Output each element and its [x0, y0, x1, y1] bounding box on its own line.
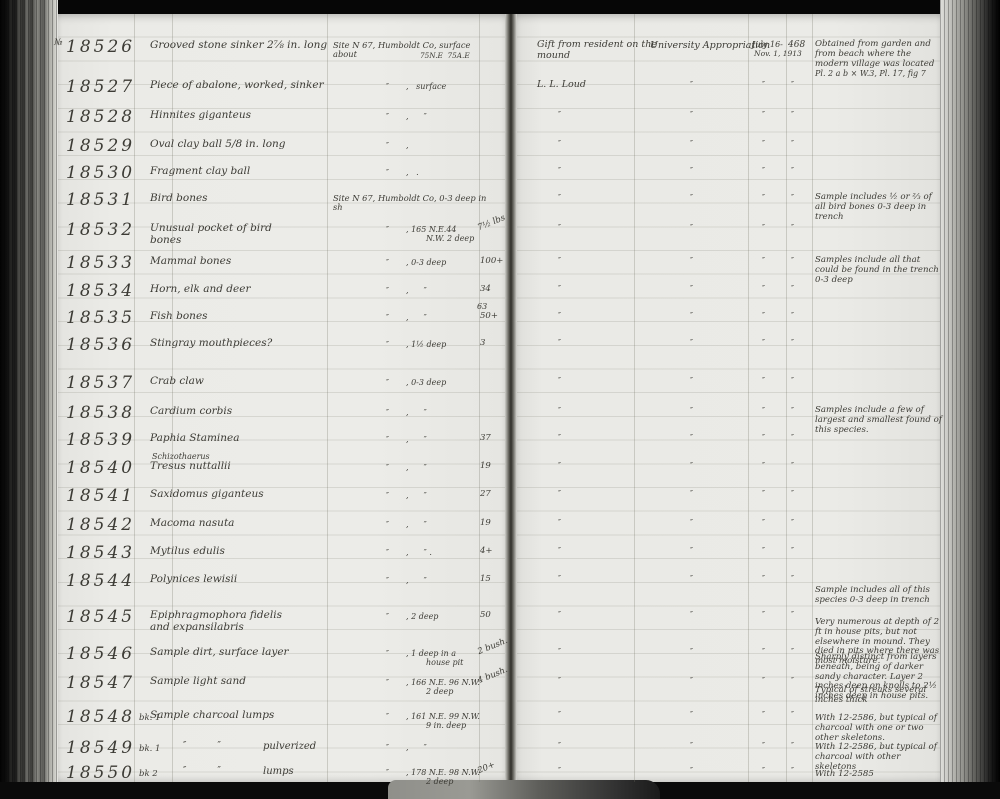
book-prefix: bk 2 [139, 769, 158, 779]
date-cell: ″ [762, 676, 766, 685]
obtained-cell: ″ [558, 610, 562, 621]
site-detail: , [406, 141, 482, 150]
ditto-mark: ″ [386, 576, 390, 585]
obtained-cell: ″ [558, 338, 562, 349]
obtained-cell: ″ [558, 311, 562, 322]
ditto-mark: ″ [386, 463, 390, 472]
catalog-number: 18546 [66, 644, 135, 664]
date-cell: ″ [762, 574, 766, 583]
accession-number-cell: ″ [791, 518, 795, 527]
quantity: 27 [480, 489, 491, 499]
fund-cell: ″ [690, 223, 694, 232]
obtained-cell: Gift from resident on the mound [537, 40, 657, 61]
remark: Samples include a few of largest and sma… [815, 406, 942, 435]
date-cell: ″ [762, 406, 766, 415]
date-cell: ″ [762, 489, 766, 498]
site-detail-line2: 9 in. deep [426, 721, 466, 730]
fund-cell: ″ [690, 284, 694, 293]
binding-page-edges-left [0, 0, 58, 782]
description: Mammal bones [150, 256, 330, 267]
ditto-mark: ″ [386, 743, 390, 752]
description: Fragment clay ball [150, 166, 330, 177]
site-detail: , 1 deep in a [406, 649, 482, 658]
site-detail: , 178 N.E. 98 N.W. [406, 768, 482, 777]
accession-number-cell: ″ [791, 574, 795, 583]
site-detail: , ″ [406, 520, 482, 529]
fund-cell: ″ [690, 676, 694, 685]
site-detail: , ″ [406, 576, 482, 585]
column-rule [748, 14, 749, 782]
site-detail: , ″ [406, 112, 482, 121]
catalog-number: 18535 [66, 308, 135, 328]
accession-number-cell: ″ [791, 433, 795, 442]
catalog-number: 18526 [66, 37, 135, 57]
site-detail: , ″ [406, 286, 482, 295]
obtained-cell: ″ [558, 574, 562, 585]
catalog-number: 18530 [66, 163, 135, 183]
catalog-number: 18548 [66, 707, 135, 727]
obtained-cell: ″ [558, 406, 562, 417]
obtained-cell: ″ [558, 376, 562, 387]
ditto-mark: ″ [386, 768, 390, 777]
number-sign: № [54, 38, 63, 48]
description: Sample light sand [150, 676, 330, 687]
catalog-number: 18549 [66, 738, 135, 758]
catalog-number: 18528 [66, 107, 135, 127]
obtained-cell: ″ [558, 676, 562, 687]
column-rule [786, 14, 787, 782]
accession-number-cell: ″ [791, 223, 795, 232]
fund-cell: ″ [690, 433, 694, 442]
quantity: 37 [480, 433, 491, 443]
description: Macoma nasuta [150, 518, 330, 529]
fund-cell: ″ [690, 518, 694, 527]
site-detail: , 0-3 deep [406, 258, 482, 267]
site-detail: , . [406, 168, 482, 177]
ditto-mark: ″ [386, 520, 390, 529]
fund-cell: ″ [690, 546, 694, 555]
fund-cell: ″ [690, 741, 694, 750]
catalog-number: 18527 [66, 77, 135, 97]
site-detail: , ″ [406, 743, 482, 752]
site-detail-line2: 2 deep [426, 777, 453, 786]
obtained-cell: ″ [558, 766, 562, 777]
site-detail: , 2 deep [406, 612, 482, 621]
description: Stingray mouthpieces? [150, 338, 330, 349]
obtained-cell: ″ [558, 647, 562, 658]
date-cell: ″ [762, 193, 766, 202]
fund-cell: ″ [690, 406, 694, 415]
catalog-number: 18531 [66, 190, 135, 210]
accession-number-cell: ″ [791, 741, 795, 750]
fund-cell: ″ [690, 139, 694, 148]
fund-cell: University Appropriation [650, 40, 762, 51]
site-detail: , 166 N.E. 96 N.W. [406, 678, 482, 687]
ditto-mark: ″ [386, 141, 390, 150]
obtained-cell: ″ [558, 546, 562, 557]
accession-number-cell: ″ [791, 647, 795, 656]
date-cell: ″ [762, 139, 766, 148]
obtained-cell: ″ [558, 284, 562, 295]
catalog-number: 18529 [66, 136, 135, 156]
catalog-number: 18550 [66, 763, 135, 783]
accession-number-cell: ″ [791, 166, 795, 175]
quantity: 19 [480, 518, 491, 528]
site-detail-line2: house pit [426, 658, 463, 667]
description-ditto-marks: ″ ″ [183, 766, 223, 776]
date-cell: ″ [762, 80, 766, 89]
site-detail: , 1½ deep [406, 340, 482, 349]
fund-cell: ″ [690, 338, 694, 347]
accession-number-cell: ″ [791, 676, 795, 685]
date-cell: ″ [762, 166, 766, 175]
fund-cell: ″ [690, 710, 694, 719]
column-rule [634, 14, 635, 782]
page-stack-right-edge [940, 0, 1000, 786]
quantity: 50 [480, 610, 491, 620]
obtained-cell: ″ [558, 461, 562, 472]
column-rule [812, 14, 813, 782]
obtained-cell: ″ [558, 193, 562, 204]
ditto-mark: ″ [386, 435, 390, 444]
scan-top-border [0, 0, 1000, 14]
catalog-number: 18544 [66, 571, 135, 591]
description: Fish bones [150, 311, 330, 322]
catalog-number: 18532 [66, 220, 135, 240]
description: Sample dirt, surface layer [150, 647, 330, 658]
date-cell: ″ [762, 546, 766, 555]
remark: With 12-2586, but typical of charcoal wi… [815, 714, 942, 743]
description: Paphia Staminea [150, 433, 330, 444]
remark: With 12-2585 [815, 770, 942, 780]
fund-cell: ″ [690, 166, 694, 175]
ditto-mark: ″ [386, 258, 390, 267]
date-cell: ″ [762, 376, 766, 385]
site-detail: , ″ [406, 491, 482, 500]
date-cell: ″ [762, 610, 766, 619]
site-detail: , 165 N.E.44 [406, 225, 482, 234]
ditto-mark: ″ [386, 548, 390, 557]
fund-cell: ″ [690, 647, 694, 656]
catalog-number: 18534 [66, 281, 135, 301]
quantity: 4+ [480, 546, 493, 556]
ditto-mark: ″ [386, 678, 390, 687]
site-detail: , ″ [406, 408, 482, 417]
column-rule [134, 14, 135, 782]
remark: Sample includes all of this species 0-3 … [815, 586, 942, 606]
accession-number-cell: ″ [791, 284, 795, 293]
ditto-mark: ″ [386, 408, 390, 417]
fund-cell: ″ [690, 80, 694, 89]
quantity: 3 [480, 338, 485, 348]
catalog-number: 18543 [66, 543, 135, 563]
fund-cell: ″ [690, 193, 694, 202]
fund-cell: ″ [690, 256, 694, 265]
ditto-mark: ″ [386, 313, 390, 322]
obtained-cell: ″ [558, 710, 562, 721]
site-detail: , ″ [406, 463, 482, 472]
column-rule [327, 14, 328, 782]
accession-number-cell: ″ [791, 376, 795, 385]
ditto-mark: ″ [386, 82, 390, 91]
date-cell: ″ [762, 311, 766, 320]
quantity: 34 [480, 284, 491, 294]
catalog-number: 18539 [66, 430, 135, 450]
remark: With 12-2586, but typical of charcoal wi… [815, 743, 942, 772]
catalog-number: 18545 [66, 607, 135, 627]
ditto-mark: ″ [386, 378, 390, 387]
site-detail: , ″ [406, 435, 482, 444]
description: Grooved stone sinker 2⅞ in. long [150, 40, 330, 51]
ditto-mark: ″ [386, 612, 390, 621]
pencil-quantity: 63 [477, 302, 487, 311]
date-cell: July 16- [752, 40, 788, 49]
catalog-number: 18541 [66, 486, 135, 506]
column-rule [479, 14, 480, 782]
catalog-number: 18538 [66, 403, 135, 423]
date-cell: ″ [762, 110, 766, 119]
obtained-cell: ″ [558, 139, 562, 150]
site-detail: , surface [406, 82, 482, 91]
fund-cell: ″ [690, 461, 694, 470]
description-line2: and expansilabris [150, 621, 244, 633]
ditto-mark: ″ [386, 286, 390, 295]
accession-number-cell: ″ [791, 80, 795, 89]
description-ditto-marks: ″ ″ [183, 741, 223, 751]
description: Tresus nuttallii [150, 461, 330, 472]
ditto-mark: ″ [386, 112, 390, 121]
ditto-mark: ″ [386, 168, 390, 177]
description: Epiphragmophora fidelis [150, 610, 330, 621]
accession-number-cell: ″ [791, 256, 795, 265]
date-cell: ″ [762, 741, 766, 750]
catalog-number: 18533 [66, 253, 135, 273]
description: Piece of abalone, worked, sinker [150, 80, 330, 91]
description: Sample charcoal lumps [150, 710, 330, 721]
accession-number-cell: ″ [791, 139, 795, 148]
book-prefix: bk. 1 [139, 744, 160, 754]
obtained-cell: ″ [558, 433, 562, 444]
site-detail-line2: N.W. 2 deep [426, 234, 474, 243]
date-cell: ″ [762, 284, 766, 293]
site-detail: , ″ [406, 313, 482, 322]
fund-cell: ″ [690, 376, 694, 385]
accession-number-cell: ″ [791, 461, 795, 470]
date-cell: ″ [762, 338, 766, 347]
description: Cardium corbis [150, 406, 330, 417]
quantity: 19 [480, 461, 491, 471]
accession-number-cell: ″ [791, 766, 795, 775]
description: Horn, elk and deer [150, 284, 330, 295]
obtained-cell: ″ [558, 256, 562, 267]
accession-number-cell: ″ [791, 193, 795, 202]
description: Hinnites giganteus [150, 110, 330, 121]
remark: Samples include all that could be found … [815, 256, 942, 285]
description: Unusual pocket of bird [150, 223, 330, 234]
ditto-mark: ″ [386, 225, 390, 234]
obtained-cell: ″ [558, 223, 562, 234]
quantity: 15 [480, 574, 491, 584]
date-line2: Nov. 1, 1913 [754, 49, 802, 58]
ditto-mark: ″ [386, 649, 390, 658]
catalog-number: 18542 [66, 515, 135, 535]
fund-cell: ″ [690, 610, 694, 619]
accession-number-cell: ″ [791, 311, 795, 320]
quantity: 100+ [480, 256, 503, 266]
accession-number-cell: ″ [791, 610, 795, 619]
date-cell: ″ [762, 647, 766, 656]
obtained-cell: ″ [558, 489, 562, 500]
remark: Sample includes ½ or ⅔ of all bird bones… [815, 193, 942, 222]
date-cell: ″ [762, 223, 766, 232]
ditto-mark: ″ [386, 340, 390, 349]
date-cell: ″ [762, 256, 766, 265]
accession-number-cell: 468 [788, 40, 805, 50]
description: Polynices lewisii [150, 574, 330, 585]
description-line2: bones [150, 234, 181, 246]
date-cell: ″ [762, 433, 766, 442]
obtained-cell: ″ [558, 741, 562, 752]
column-rule [172, 14, 173, 782]
date-cell: ″ [762, 461, 766, 470]
pencil-note: Pl. 2 a b × W.3, Pl. 17, fig 7 [815, 69, 945, 78]
site-note-line2: 75N.E 75A.E [420, 51, 470, 60]
remark: Obtained from garden and from beach wher… [815, 40, 942, 69]
ditto-mark: ″ [386, 712, 390, 721]
ditto-mark: ″ [386, 491, 390, 500]
catalog-number: 18536 [66, 335, 135, 355]
description: Oval clay ball 5/8 in. long [150, 139, 330, 150]
obtained-cell: ″ [558, 166, 562, 177]
site-detail: , 0-3 deep [406, 378, 482, 387]
catalog-number: 18537 [66, 373, 135, 393]
quantity: 50+ [480, 311, 498, 321]
fund-cell: ″ [690, 110, 694, 119]
ledger-book-scan: №18526Grooved stone sinker 2⅞ in. longSi… [0, 0, 1000, 799]
description-word: lumps [263, 766, 294, 777]
fund-cell: ″ [690, 574, 694, 583]
date-cell: ″ [762, 710, 766, 719]
description: Crab claw [150, 376, 330, 387]
fund-cell: ″ [690, 489, 694, 498]
accession-number-cell: ″ [791, 406, 795, 415]
description-word: pulverized [263, 741, 316, 752]
accession-number-cell: ″ [791, 710, 795, 719]
description: Bird bones [150, 193, 330, 204]
obtained-cell: L. L. Loud [537, 80, 657, 91]
accession-number-cell: ″ [791, 489, 795, 498]
obtained-cell: ″ [558, 518, 562, 529]
accession-number-cell: ″ [791, 338, 795, 347]
fund-cell: ″ [690, 311, 694, 320]
site-detail: , ″ . [406, 548, 482, 557]
date-cell: ″ [762, 518, 766, 527]
catalog-number: 18547 [66, 673, 135, 693]
date-cell: ″ [762, 766, 766, 775]
catalog-number: 18540 [66, 458, 135, 478]
accession-number-cell: ″ [791, 110, 795, 119]
site-note: Site N 67, Humboldt Co, 0-3 deep in sh [333, 194, 487, 212]
description: Mytilus edulis [150, 546, 330, 557]
fund-cell: ″ [690, 766, 694, 775]
description: Saxidomus giganteus [150, 489, 330, 500]
remark: Typical of streaks several inches thick [815, 686, 942, 706]
obtained-cell: ″ [558, 110, 562, 121]
site-detail-line2: 2 deep [426, 687, 453, 696]
accession-number-cell: ″ [791, 546, 795, 555]
site-detail: , 161 N.E. 99 N.W. [406, 712, 482, 721]
